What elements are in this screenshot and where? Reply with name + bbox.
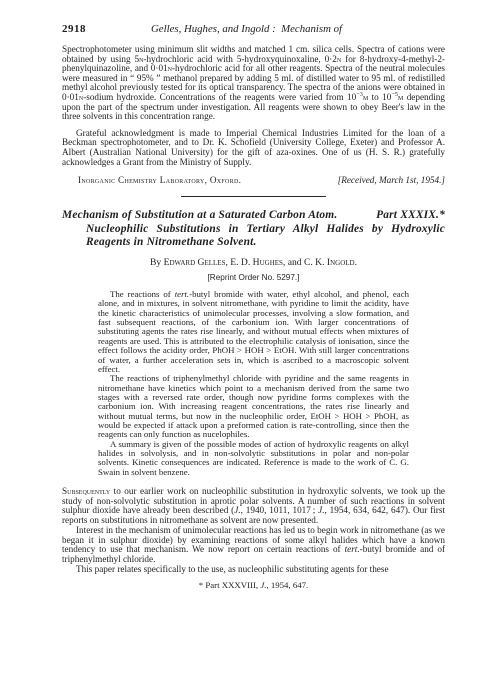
abstract-paragraph: The reactions of triphenylmethyl chlorid… xyxy=(98,374,409,439)
page-number: 2918 xyxy=(62,23,86,36)
title-line-1: Mechanism of Substitution at a Saturated… xyxy=(62,209,445,223)
title-part-number: Part XXXIX.* xyxy=(376,209,445,223)
footnote-text: Part XXXVIII, J., 1954, 647. xyxy=(205,580,308,590)
paragraph-acknowledgment: Grateful acknowledgment is made to Imper… xyxy=(62,129,445,167)
body-paragraph: Subsequently to our earlier work on nucl… xyxy=(62,487,445,526)
footnote: * Part XXXVIII, J., 1954, 647. xyxy=(62,580,445,590)
footnote-marker: * xyxy=(199,580,203,590)
body-paragraph: This paper relates specifically to the u… xyxy=(62,565,445,575)
running-head: 2918 Gelles, Hughes, and Ingold : Mechan… xyxy=(62,23,445,36)
abstract-paragraph: A summary is given of the possible modes… xyxy=(98,440,409,477)
title-line-2: Nucleophilic Substitutions in Tertiary A… xyxy=(86,223,445,237)
running-title: Gelles, Hughes, and Ingold : Mechanism o… xyxy=(86,23,445,36)
section-divider xyxy=(181,196,326,197)
affiliation: Inorganic Chemistry Laboratory, Oxford. xyxy=(78,176,241,186)
reprint-order: [Reprint Order No. 5297.] xyxy=(62,273,445,282)
title-line-3: Reagents in Nitromethane Solvent. xyxy=(86,236,445,250)
article-title: Mechanism of Substitution at a Saturated… xyxy=(62,209,445,250)
title-line-1-left: Mechanism of Substitution at a Saturated… xyxy=(62,209,337,223)
byline: By Edward Gelles, E. D. Hughes, and C. K… xyxy=(62,257,445,268)
body-text: Subsequently to our earlier work on nucl… xyxy=(62,487,445,574)
signature-line: Inorganic Chemistry Laboratory, Oxford. … xyxy=(62,176,445,186)
paragraph-experimental: Spectrophotometer using minimum slit wid… xyxy=(62,45,445,122)
body-paragraph: Interest in the mechanism of unimolecula… xyxy=(62,526,445,565)
received-date: [Received, March 1st, 1954.] xyxy=(338,176,445,186)
previous-article-continuation: Spectrophotometer using minimum slit wid… xyxy=(62,45,445,186)
journal-page: 2918 Gelles, Hughes, and Ingold : Mechan… xyxy=(0,0,500,696)
abstract: The reactions of tert.-butyl bromide wit… xyxy=(98,290,409,477)
abstract-paragraph: The reactions of tert.-butyl bromide wit… xyxy=(98,290,409,374)
